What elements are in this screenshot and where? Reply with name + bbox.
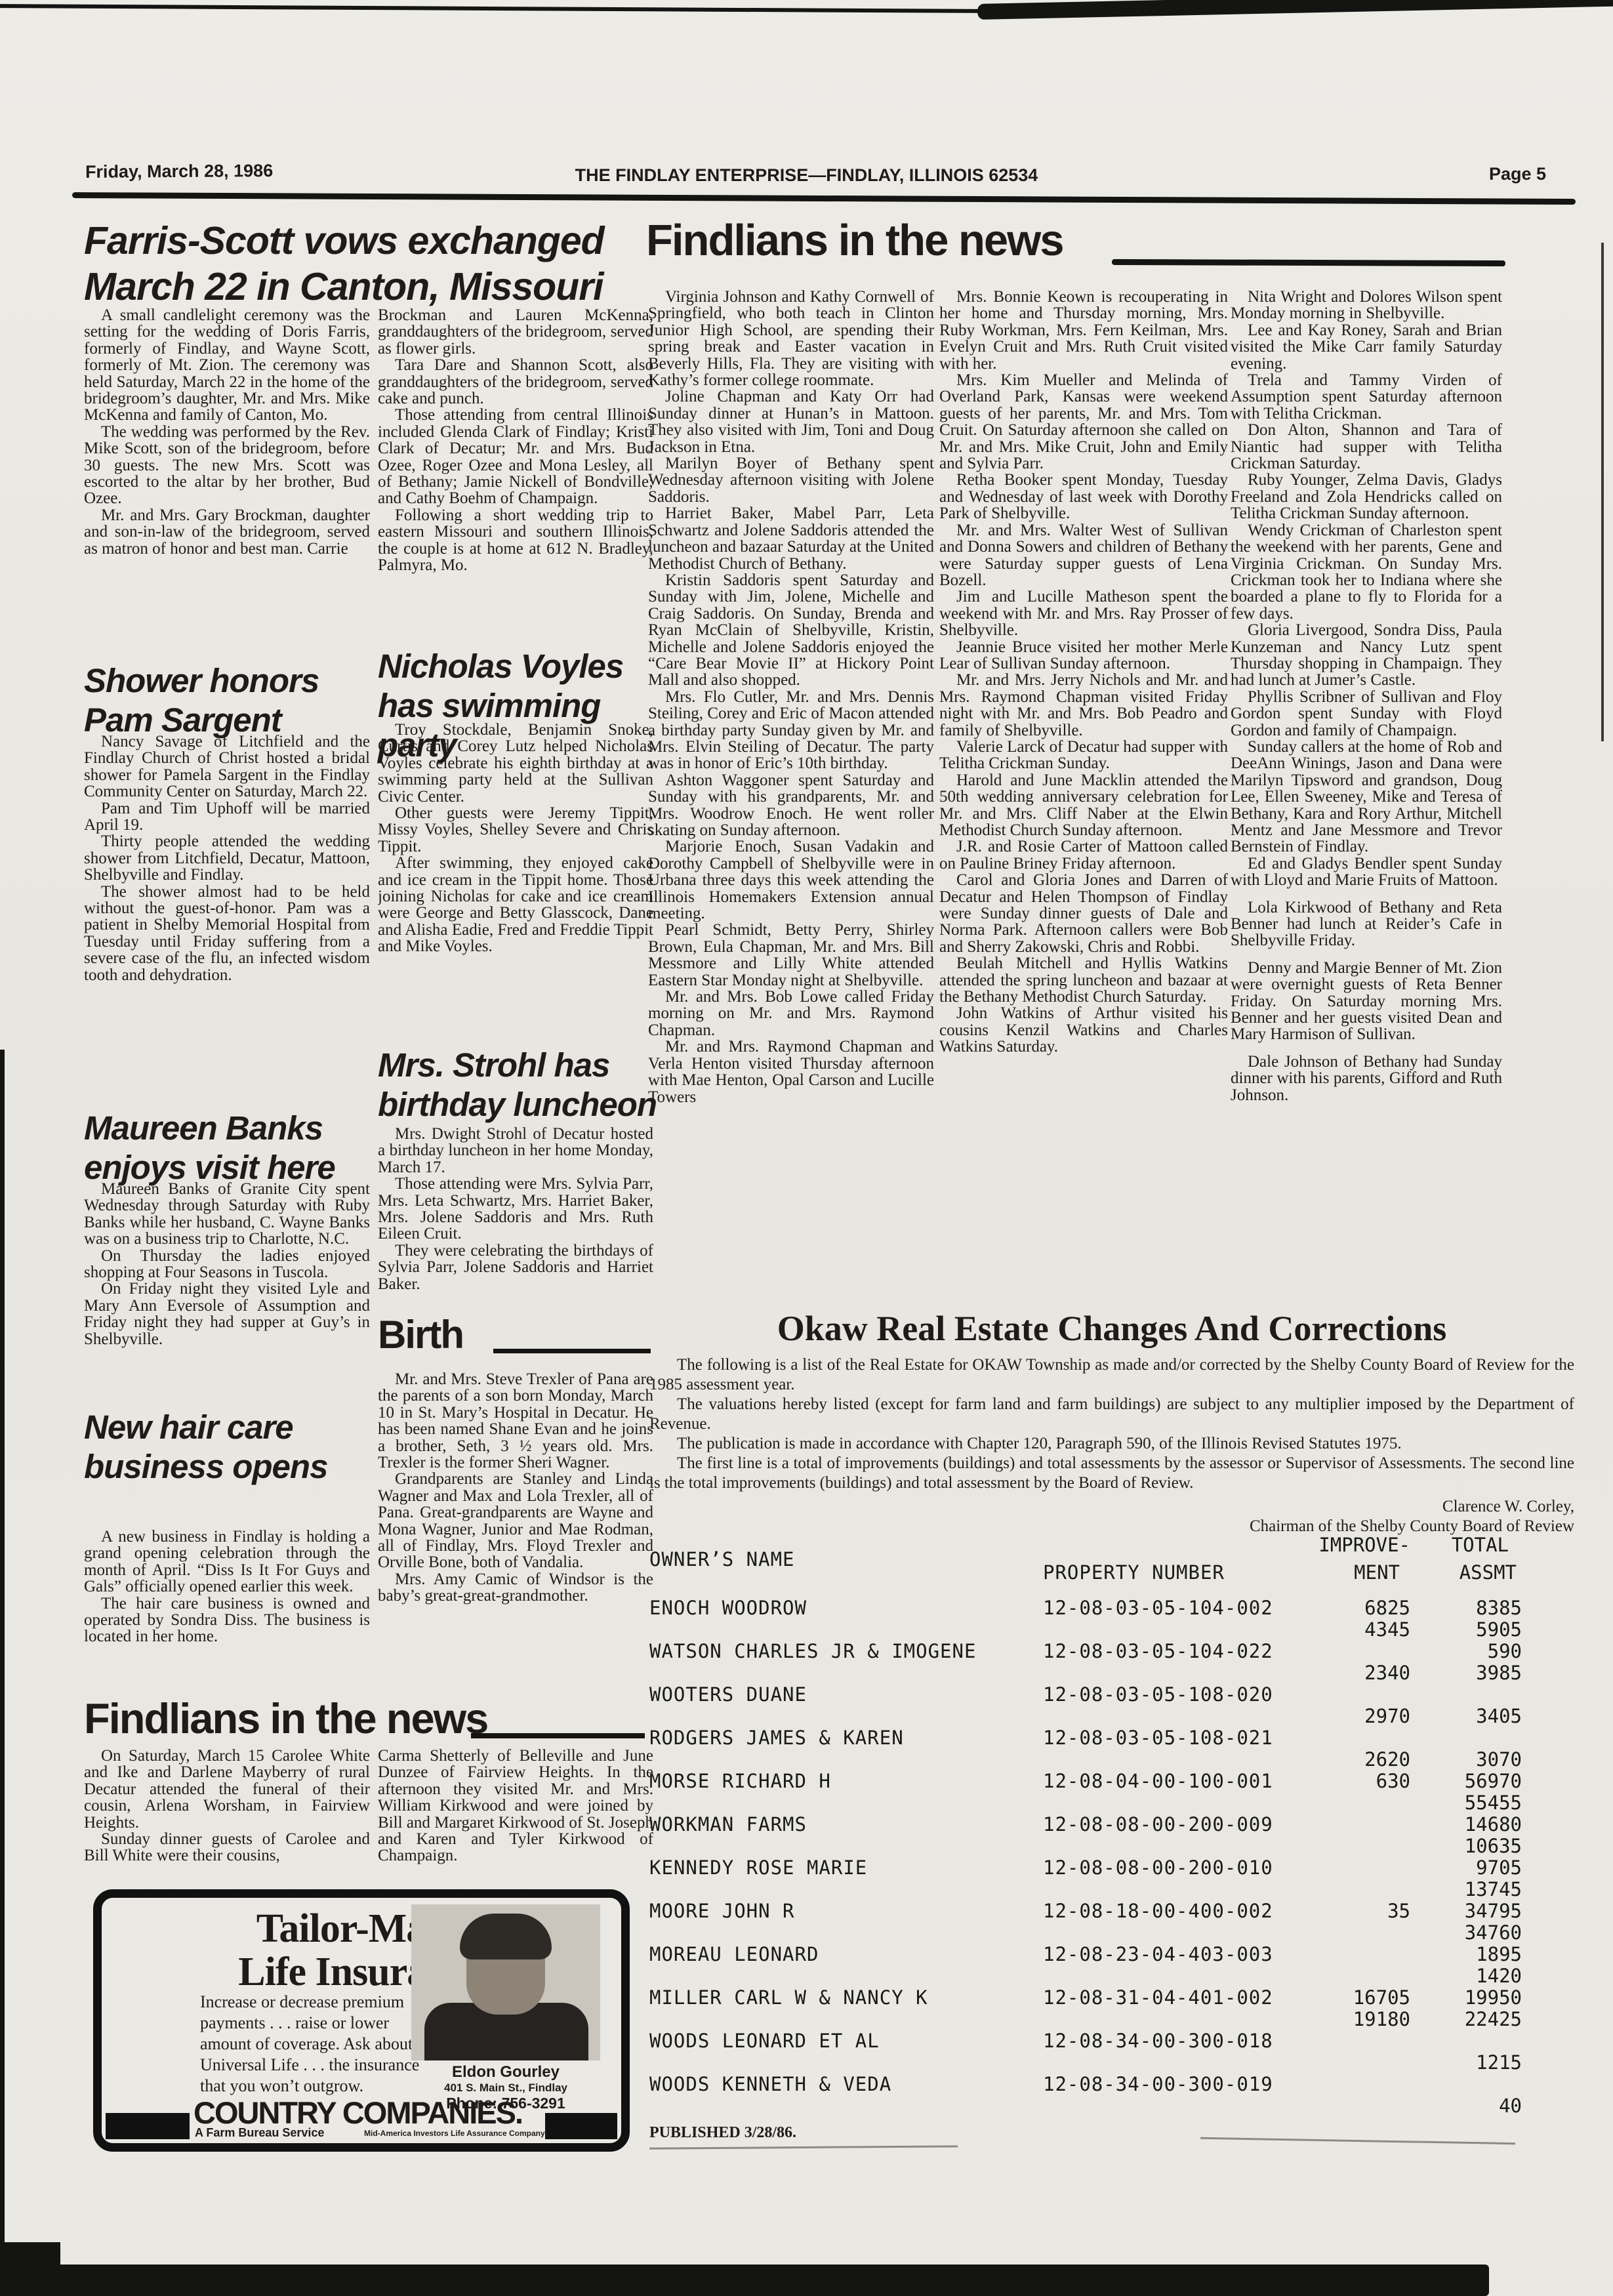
paragraph: Marilyn Boyer of Bethany spent Wednesday… [648, 455, 934, 505]
farris-body-col1: A small candlelight ceremony was the set… [84, 307, 370, 665]
table-row: WOODS KENNETH & VEDA 12-08-34-00-300-019… [649, 2073, 1522, 2116]
photo-hair [460, 1914, 552, 1959]
column-header-improvement-1: IMPROVE- [1318, 1534, 1410, 1556]
paragraph: The valuations hereby listed (except for… [649, 1395, 1574, 1434]
newspaper-page: Friday, March 28, 1986 THE FINDLAY ENTER… [0, 0, 1613, 2296]
paragraph: Mrs. Dwight Strohl of Decatur hosted a b… [378, 1126, 653, 1176]
total-assessment-value: 9705 [1397, 1856, 1522, 1879]
table-row: MILLER CARL W & NANCY K 12-08-31-04-401-… [649, 1986, 1522, 2030]
masthead-rule [72, 192, 1576, 205]
paragraph: They were celebrating the birthdays of S… [378, 1242, 653, 1292]
agent-name: Eldon Gourley [411, 2063, 600, 2081]
owner-name: WOOTERS DUANE [649, 1683, 807, 1706]
paragraph: Ed and Gladys Bendler spent Sunday with … [1231, 855, 1502, 889]
total-assessment-value-review: 3985 [1397, 1662, 1522, 1684]
signature-name: Clarence W. Corley, [649, 1497, 1574, 1517]
total-assessment-value-review: 1215 [1397, 2051, 1522, 2074]
owner-name: WORKMAN FARMS [649, 1813, 807, 1835]
findlians-main-col3: Nita Wright and Dolores Wilson spent Mon… [1231, 289, 1502, 1305]
total-assessment-value: 56970 [1397, 1770, 1522, 1792]
property-number: 12-08-03-05-108-020 [1043, 1683, 1273, 1706]
ad-company-name: Mid-America Investors Life Assurance Com… [364, 2129, 545, 2138]
property-number: 12-08-08-00-200-009 [1043, 1813, 1273, 1835]
improvement-value: 630 [1286, 1770, 1410, 1792]
farris-headline: Farris-Scott vows exchanged March 22 in … [84, 218, 674, 310]
masthead-title: THE FINDLAY ENTERPRISE—FINDLAY, ILLINOIS… [0, 165, 1613, 186]
paragraph: Lola Kirkwood of Bethany and Reta Benner… [1231, 899, 1502, 949]
strohl-headline: Mrs. Strohl has birthday luncheon [378, 1046, 680, 1124]
paragraph: Mrs. Bonnie Keown is recouperating in he… [939, 289, 1228, 372]
paragraph: On Friday night they visited Lyle and Ma… [84, 1281, 370, 1347]
scan-artifact-right-edge [1601, 243, 1604, 741]
headline-line: Maureen Banks [84, 1109, 386, 1148]
property-number: 12-08-03-05-104-022 [1043, 1640, 1273, 1662]
paragraph: Brockman and Lauren McKenna, granddaught… [378, 307, 653, 357]
owner-name: MILLER CARL W & NANCY K [649, 1986, 928, 2009]
paragraph: Maureen Banks of Granite City spent Wedn… [84, 1181, 370, 1248]
paragraph: J.R. and Rosie Carter of Mattoon called … [939, 838, 1228, 872]
maureen-headline: Maureen Banks enjoys visit here [84, 1109, 386, 1187]
total-assessment-value: 34795 [1397, 1900, 1522, 1922]
agent-address: 401 S. Main St., Findlay [411, 2081, 600, 2095]
headline-line: business opens [84, 1447, 386, 1486]
paragraph: Carma Shetterly of Belleville and June D… [378, 1748, 653, 1864]
table-row: MORSE RICHARD H 12-08-04-00-100-001 630 … [649, 1770, 1522, 1813]
paragraph: Following a short wedding trip to easter… [378, 507, 653, 574]
property-number: 12-08-08-00-200-010 [1043, 1856, 1273, 1879]
total-assessment-value: 14680 [1397, 1813, 1522, 1835]
okaw-headline: Okaw Real Estate Changes And Corrections [649, 1308, 1574, 1349]
nicholas-body: Troy Stockdale, Benjamin Snoke, Curtis a… [378, 722, 653, 997]
findlians-lower-headline: Findlians in the news [84, 1694, 487, 1743]
paragraph: The shower almost had to be held without… [84, 884, 370, 983]
owner-name: WOODS KENNETH & VEDA [649, 2073, 891, 2095]
scan-line-2 [1200, 2137, 1515, 2144]
owner-name: MOREAU LEONARD [649, 1943, 819, 1965]
strohl-body: Mrs. Dwight Strohl of Decatur hosted a b… [378, 1126, 653, 1322]
paragraph: Sunday dinner guests of Carolee and Bill… [84, 1831, 370, 1864]
paragraph: The following is a list of the Real Esta… [649, 1355, 1574, 1395]
paragraph: Kristin Saddoris spent Saturday and Sund… [648, 572, 934, 689]
okaw-intro: The following is a list of the Real Esta… [649, 1355, 1574, 1536]
improvement-value-review: 2340 [1286, 1662, 1410, 1684]
paragraph: Carol and Gloria Jones and Darren of Dec… [939, 872, 1228, 955]
birth-headline-rule [493, 1349, 651, 1353]
total-assessment-value-review: 3405 [1397, 1705, 1522, 1727]
okaw-table: ENOCH WOODROW 12-08-03-05-104-002 6825 8… [649, 1597, 1522, 2116]
paragraph: Jim and Lucille Matheson spent the weeke… [939, 588, 1228, 638]
findlians-main-headline: Findlians in the news [646, 215, 1063, 266]
property-number: 12-08-18-00-400-002 [1043, 1900, 1273, 1922]
paragraph: Marjorie Enoch, Susan Vadakin and Doroth… [648, 838, 934, 922]
paragraph: Nancy Savage of Litchfield and the Findl… [84, 733, 370, 800]
property-number: 12-08-34-00-300-018 [1043, 2030, 1273, 2052]
paragraph: Virginia Johnson and Kathy Cornwell of S… [648, 289, 934, 388]
birth-headline: Birth [378, 1312, 463, 1357]
owner-name: MOORE JOHN R [649, 1900, 795, 1922]
paragraph: Nita Wright and Dolores Wilson spent Mon… [1231, 289, 1502, 322]
paragraph: Denny and Margie Benner of Mt. Zion were… [1231, 960, 1502, 1043]
paragraph: On Thursday the ladies enjoyed shopping … [84, 1248, 370, 1281]
scan-line-1 [649, 2145, 958, 2149]
paragraph: Ashton Waggoner spent Saturday and Sunda… [648, 772, 934, 839]
improvement-value-review: 2620 [1286, 1748, 1410, 1771]
findlians-main-col1: Virginia Johnson and Kathy Cornwell of S… [648, 289, 934, 1305]
total-assessment-value: 1895 [1397, 1943, 1522, 1965]
paragraph: Grandparents are Stanley and Linda Wagne… [378, 1471, 653, 1570]
headline-line: Nicholas Voyles [378, 647, 680, 686]
table-row: KENNEDY ROSE MARIE 12-08-08-00-200-010 9… [649, 1856, 1522, 1900]
table-row: WORKMAN FARMS 12-08-08-00-200-009 14680 … [649, 1813, 1522, 1856]
paragraph: Valerie Larck of Decatur had supper with… [939, 739, 1228, 772]
owner-name: WATSON CHARLES JR & IMOGENE [649, 1640, 976, 1662]
paragraph: John Watkins of Arthur visited his cousi… [939, 1005, 1228, 1055]
owner-name: KENNEDY ROSE MARIE [649, 1856, 867, 1879]
paragraph: Harriet Baker, Mabel Parr, Leta Schwartz… [648, 505, 934, 572]
owner-name: WOODS LEONARD ET AL [649, 2030, 880, 2052]
paragraph: Dale Johnson of Bethany had Sunday dinne… [1231, 1054, 1502, 1103]
ad-bottom-band-right [545, 2113, 617, 2139]
ad-tagline: A Farm Bureau Service [195, 2126, 324, 2140]
column-header-total-2: ASSMT [1460, 1561, 1517, 1584]
total-assessment-value-review: 3070 [1397, 1748, 1522, 1771]
table-row: WOODS LEONARD ET AL 12-08-34-00-300-018 … [649, 2030, 1522, 2073]
paragraph: The first line is a total of improvement… [649, 1454, 1574, 1493]
paragraph: Mr. and Mrs. Bob Lowe called Friday morn… [648, 989, 934, 1038]
improvement-value-review: 19180 [1286, 2008, 1410, 2030]
total-assessment-value: 590 [1397, 1640, 1522, 1662]
paragraph: Don Alton, Shannon and Tara of Niantic h… [1231, 422, 1502, 472]
paragraph: A small candlelight ceremony was the set… [84, 307, 370, 424]
findlians-lower-col1: On Saturday, March 15 Carolee White and … [84, 1748, 370, 1869]
scan-artifact-left-edge [0, 1050, 5, 2296]
maureen-body: Maureen Banks of Granite City spent Wedn… [84, 1181, 370, 1371]
scan-artifact-top-right [977, 0, 1613, 20]
paragraph: After swimming, they enjoyed cake and ic… [378, 855, 653, 954]
paragraph: Lee and Kay Roney, Sarah and Brian visit… [1231, 322, 1502, 372]
paragraph: The hair care business is owned and oper… [84, 1595, 370, 1645]
shower-headline: Shower honors Pam Sargent [84, 661, 386, 740]
okaw-table-header: OWNER’S NAME PROPERTY NUMBER IMPROVE- ME… [649, 1534, 1522, 1586]
table-row: MOREAU LEONARD 12-08-23-04-403-003 1895 … [649, 1943, 1522, 1986]
owner-name: ENOCH WOODROW [649, 1597, 807, 1619]
property-number: 12-08-03-05-108-021 [1043, 1727, 1273, 1749]
insurance-ad[interactable]: Tailor-Made Life Insurance Increase or d… [93, 1889, 630, 2152]
findlians-lower-col2: Carma Shetterly of Belleville and June D… [378, 1748, 653, 1882]
property-number: 12-08-03-05-104-002 [1043, 1597, 1273, 1619]
total-assessment-value-review: 5905 [1397, 1618, 1522, 1641]
newhair-body: A new business in Findlay is holding a g… [84, 1528, 370, 1653]
total-assessment-value-review: 22425 [1397, 2008, 1522, 2030]
paragraph: Ruby Younger, Zelma Davis, Gladys Freela… [1231, 472, 1502, 522]
findlians-main-col2: Mrs. Bonnie Keown is recouperating in he… [939, 289, 1228, 1305]
paragraph: Joline Chapman and Katy Orr had Sunday d… [648, 388, 934, 455]
shower-body: Nancy Savage of Litchfield and the Findl… [84, 733, 370, 1042]
paragraph: A new business in Findlay is holding a g… [84, 1528, 370, 1595]
findlians-main-rule [1112, 259, 1505, 266]
paragraph: Jeannie Bruce visited her mother Merle L… [939, 639, 1228, 672]
table-row: WOOTERS DUANE 12-08-03-05-108-020 2970 3… [649, 1683, 1522, 1727]
column-header-property: PROPERTY NUMBER [1043, 1561, 1225, 1584]
paragraph: Beulah Mitchell and Hyllis Watkins atten… [939, 955, 1228, 1005]
paragraph: Those attending from central Illinois in… [378, 407, 653, 506]
headline-line: Farris-Scott vows exchanged [84, 218, 674, 264]
headline-line: New hair care [84, 1408, 386, 1447]
scan-artifact-bottom-left [0, 2242, 60, 2296]
paragraph: Mrs. Kim Mueller and Melinda of Overland… [939, 372, 1228, 472]
column-header-owner: OWNER’S NAME [649, 1548, 795, 1570]
improvement-value: 35 [1286, 1900, 1410, 1922]
paragraph: The publication is made in accordance wi… [649, 1434, 1574, 1454]
table-row: MOORE JOHN R 12-08-18-00-400-002 35 3479… [649, 1900, 1522, 1943]
paragraph: Tara Dare and Shannon Scott, also grandd… [378, 357, 653, 407]
improvement-value: 16705 [1286, 1986, 1410, 2009]
agent-photo [411, 1904, 600, 2060]
paragraph: Mr. and Mrs. Steve Trexler of Pana are t… [378, 1371, 653, 1471]
paragraph: Thirty people attended the wedding showe… [84, 833, 370, 883]
paragraph: Gloria Livergood, Sondra Diss, Paula Kun… [1231, 622, 1502, 689]
paragraph: Mrs. Flo Cutler, Mr. and Mrs. Dennis Ste… [648, 689, 934, 772]
table-row: WATSON CHARLES JR & IMOGENE 12-08-03-05-… [649, 1640, 1522, 1683]
paragraph: Trela and Tammy Virden of Assumption spe… [1231, 372, 1502, 422]
paragraph: Retha Booker spent Monday, Tuesday and W… [939, 472, 1228, 522]
column-header-improvement-2: MENT [1354, 1561, 1400, 1584]
paragraph: Wendy Crickman of Charleston spent the w… [1231, 522, 1502, 622]
paragraph: Pam and Tim Uphoff will be married April… [84, 800, 370, 834]
table-row: ENOCH WOODROW 12-08-03-05-104-002 6825 8… [649, 1597, 1522, 1640]
owner-name: MORSE RICHARD H [649, 1770, 831, 1792]
table-row: RODGERS JAMES & KAREN 12-08-03-05-108-02… [649, 1727, 1522, 1770]
owner-name: RODGERS JAMES & KAREN [649, 1727, 904, 1749]
total-assessment-value: 8385 [1397, 1597, 1522, 1619]
headline-line: Mrs. Strohl has [378, 1046, 680, 1085]
total-assessment-value-review: 1420 [1397, 1965, 1522, 1987]
total-assessment-value-review: 34760 [1397, 1921, 1522, 1944]
paragraph: Pearl Schmidt, Betty Perry, Shirley Brow… [648, 922, 934, 989]
paragraph: Other guests were Jeremy Tippit, Missy V… [378, 805, 653, 855]
paragraph: Mr. and Mrs. Raymond Chapman and Verla H… [648, 1038, 934, 1105]
total-assessment-value-review: 55455 [1397, 1792, 1522, 1814]
total-assessment-value-review: 10635 [1397, 1835, 1522, 1857]
property-number: 12-08-23-04-403-003 [1043, 1943, 1273, 1965]
total-assessment-value: 19950 [1397, 1986, 1522, 2009]
paragraph: Harold and June Macklin attended the 50t… [939, 772, 1228, 839]
paragraph: Troy Stockdale, Benjamin Snoke, Curtis a… [378, 722, 653, 805]
headline-line: birthday luncheon [378, 1085, 680, 1124]
headline-line: March 22 in Canton, Missouri [84, 264, 674, 310]
ad-body-text: Increase or decrease premium payments . … [200, 1992, 423, 2097]
findlians-lower-rule [471, 1733, 645, 1738]
total-assessment-value-review: 40 [1397, 2095, 1522, 2117]
total-assessment-value-review: 13745 [1397, 1878, 1522, 1900]
newhair-headline: New hair care business opens [84, 1408, 386, 1486]
scan-artifact-bottom-band [56, 2265, 1489, 2296]
paragraph: Mr. and Mrs. Gary Brockman, daughter and… [84, 507, 370, 557]
paragraph: Sunday callers at the home of Rob and De… [1231, 739, 1502, 855]
paragraph: Those attending were Mrs. Sylvia Parr, M… [378, 1176, 653, 1242]
ad-brand-logo: COUNTRY COMPANIES. [194, 2095, 548, 2131]
improvement-value-review: 4345 [1286, 1618, 1410, 1641]
column-header-total-1: TOTAL [1452, 1534, 1509, 1556]
birth-body: Mr. and Mrs. Steve Trexler of Pana are t… [378, 1371, 653, 1647]
paragraph: The wedding was performed by the Rev. Mi… [84, 424, 370, 507]
property-number: 12-08-04-00-100-001 [1043, 1770, 1273, 1792]
paragraph: Phyllis Scribner of Sullivan and Floy Go… [1231, 689, 1502, 739]
farris-body-col2: Brockman and Lauren McKenna, granddaught… [378, 307, 653, 665]
scan-artifact-top [0, 4, 984, 13]
paragraph: Mr. and Mrs. Walter West of Sullivan and… [939, 522, 1228, 589]
paragraph: Mr. and Mrs. Jerry Nichols and Mr. and M… [939, 672, 1228, 739]
improvement-value-review: 2970 [1286, 1705, 1410, 1727]
improvement-value: 6825 [1286, 1597, 1410, 1619]
masthead-page-number: Page 5 [1489, 164, 1546, 184]
headline-line: Shower honors [84, 661, 386, 701]
paragraph: Mrs. Amy Camic of Windsor is the baby’s … [378, 1571, 653, 1605]
property-number: 12-08-34-00-300-019 [1043, 2073, 1273, 2095]
paragraph: On Saturday, March 15 Carolee White and … [84, 1748, 370, 1831]
published-note: PUBLISHED 3/28/86. [649, 2124, 796, 2142]
property-number: 12-08-31-04-401-002 [1043, 1986, 1273, 2009]
ad-bottom-band-left [106, 2113, 190, 2139]
